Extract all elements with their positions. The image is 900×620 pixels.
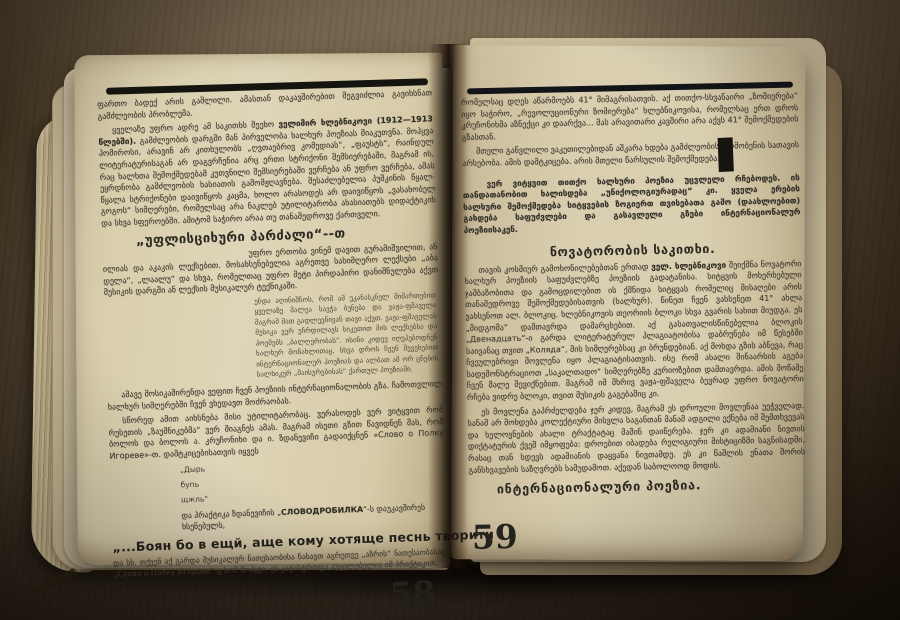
paragraph-text: ვერ ვიტყვით თითქო ხალხური პოეზია უცვლელი… — [463, 173, 801, 235]
right-page-text-column: რომელსაც დღეს აწარმოებს 41° მიმაგრისათვი… — [461, 90, 807, 554]
slovodrobilka-bold-text: СЛОВОДРОБИЛКА — [281, 505, 363, 517]
paragraph: სწორედ ამით აიხსნება მისი უტილიტარობაც. … — [108, 404, 444, 462]
paragraph: რომელსაც დღეს აწარმოებს 41° მიმაგრისათვი… — [461, 90, 799, 143]
zaum-poem-lines: „Дырь бупь щжль“ — [180, 455, 446, 509]
book-gutter-shadow — [428, 44, 468, 568]
paragraph-text: და პრაქტიკა ზდანევიჩის „ — [181, 508, 281, 520]
khlebnikov-bold-text: ველ. ხლებნიკოვი — [651, 260, 726, 271]
page-number-58: 58 — [114, 576, 450, 620]
paragraph-text: გამძლეობის დარგში მან პირველობა ხალხურ პ… — [99, 126, 436, 228]
paragraph: მთელი განვლილი ვაკეთილებიდან აშკარა ხდებ… — [462, 140, 799, 170]
paragraph: ყველაზე უფრო ადრე ამ საკითხს შეეხო ველიმ… — [98, 113, 436, 229]
paragraph-text: რომელსაც დღეს აწარმოებს 41° მიმაგრისათვი… — [461, 91, 799, 142]
paragraph-text: შეიქმნა ნოვატორი ხალხურ პოეზიის საფუძვლე… — [465, 259, 804, 402]
paragraph-text: მთელი განვლილი ვაკეთილებიდან აშკარა ხდებ… — [462, 141, 799, 168]
emphasized-paragraph: ვერ ვიტყვით თითქო ხალხური პოეზია უცვლელი… — [463, 172, 801, 237]
section-heading-novatoroba: ნოვატორობის საკითხი. — [464, 239, 801, 261]
paragraph: ეს მოვლენა გაპრძელდება ჯერ კიდევ, მაგრამ… — [467, 400, 805, 476]
indented-quote-block: უნდა აღინიშნოს, რომ ამ უკანასკნელ მიმართ… — [254, 290, 439, 380]
paragraph-text: უფრო ერთობა ვინემ დავით გურამიშვილით, ან… — [103, 242, 439, 297]
section-heading-international-poetry: ინტერნაციონალური პოეზია. — [497, 475, 806, 496]
printers-ink-block — [718, 137, 734, 172]
paragraph: უფრო ერთობა ვინემ დავით გურამიშვილით, ან… — [102, 241, 438, 299]
open-book: ფართო ბადექ არის გაშლილი. ამასთან დაკავშ… — [0, 0, 900, 620]
paragraph: თავის კოსმიურ გამოხონილებებთან ერთად ველ… — [464, 258, 804, 404]
paragraph-text: ეს მოვლენა გაპრძელდება ჯერ კიდევ, მაგრამ… — [467, 401, 805, 475]
photo-scene: ფართო ბადექ არის გაშლილი. ამასთან დაკავშ… — [0, 0, 900, 620]
paragraph-text: სწორედ ამით აიხსნება მისი უტილიტარობაც. … — [109, 405, 445, 460]
left-page-text-column: ფართო ბადექ არის გაშლილი. ამასთან დაკავშ… — [97, 87, 450, 620]
paragraph-text: თავის კოსმიურ გამოხონილებებთან ერთად — [478, 262, 651, 274]
page-number-59: 59 — [472, 514, 808, 554]
